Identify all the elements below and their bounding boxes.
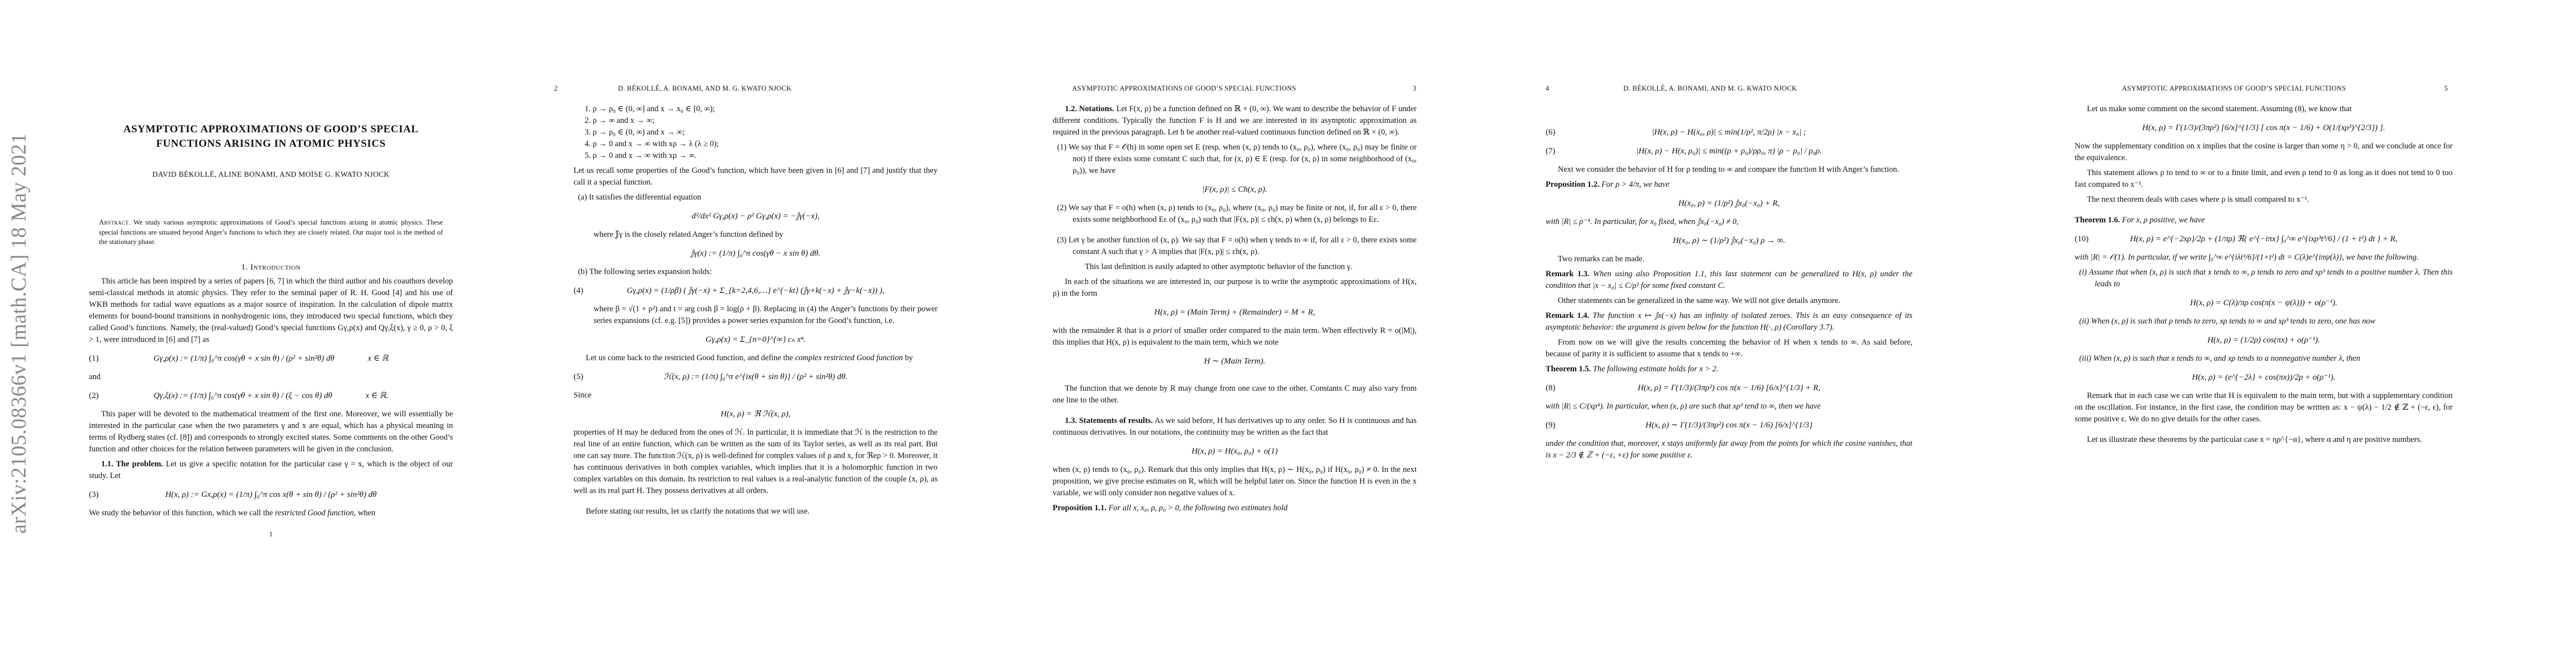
equation-equivalence: H ∼ (Main Term). (1053, 355, 1417, 367)
equation-number: (1) (89, 352, 99, 365)
equation-differential: d²/dx² Gγ,ρ(x) − ρ² Gγ,ρ(x) = −𝕁γ(−x), (574, 210, 938, 222)
paragraph: where β = √(1 + ρ²) and t = arg cosh β =… (574, 303, 938, 327)
definition-1: (1) We say that F = 𝒪(h) in some open se… (1053, 142, 1417, 177)
paragraph: Let us make some comment on the second s… (2075, 103, 2453, 115)
item-a: (a) It satisfies the differential equati… (574, 192, 938, 203)
paragraph: This statement allows ρ to tend to ∞ or … (2075, 167, 2453, 191)
list-item: 4. ρ → 0 and x → ∞ with xρ → λ (λ ≥ 0); (585, 138, 938, 150)
equation-number: (5) (574, 371, 584, 383)
list-item: 1. ρ → ρ₀ ∈ (0, ∞] and x → x₀ ∈ [0, ∞); (585, 103, 938, 115)
case-ii: (ii) When (x, ρ) is such that ρ tends to… (2075, 316, 2453, 327)
equation-8: (8)H(x, ρ) = Γ(1/3)/(3πρ²) cos π(x − 1/6… (1546, 382, 1912, 394)
equation-number: (2) (89, 390, 99, 402)
paragraph: The function that we denote by R may cha… (1053, 383, 1417, 406)
equation-number: (3) (89, 489, 99, 501)
paragraph: when (x, ρ) tends to (x₀, ρ₀). Remark th… (1053, 464, 1417, 499)
equation-body: ℋ(x, ρ) := (1/π) ∫₀^π e^{ix(θ + sin θ)} … (664, 372, 848, 381)
proposition-text: For ρ > 4/π, we have (1601, 180, 1669, 189)
emphasis: complex restricted Good function (795, 354, 903, 362)
text: , when (354, 509, 376, 517)
page-1: arXiv:2105.08366v1 [math.CA] 18 May 2021… (0, 0, 515, 667)
running-head: D. BÉKOLLÈ, A. BONAMI, AND M. G. KWATO N… (618, 84, 791, 93)
since-text: Since (574, 390, 938, 401)
equation-condition: x ∈ ℝ (368, 354, 388, 363)
limit-cases-list: 1. ρ → ρ₀ ∈ (0, ∞] and x → x₀ ∈ [0, ∞); … (574, 103, 938, 162)
arxiv-stamp: arXiv:2105.08366v1 [math.CA] 18 May 2021 (7, 133, 31, 534)
emphasis: restricted Good function (275, 509, 354, 517)
remark-1-4: Remark 1.4. The function x ↦ 𝕁x(−x) has … (1546, 310, 1912, 333)
theorem-1-5: Theorem 1.5. The following estimate hold… (1546, 364, 1912, 375)
title-line-1: ASYMPTOTIC APPROXIMATIONS OF GOOD’S SPEC… (89, 122, 453, 137)
remark-label: Remark 1.4. (1546, 311, 1590, 320)
subsection-label: 1.3. Statements of results. (1065, 416, 1153, 425)
page-4: 4 D. BÉKOLLÈ, A. BONAMI, AND M. G. KWATO… (1546, 0, 2061, 667)
proposition-1-2: Proposition 1.2. For ρ > 4/π, we have (1546, 179, 1912, 191)
paragraph: with the remainder R that is a priori of… (1053, 325, 1417, 349)
equation-number: (6) (1546, 126, 1556, 138)
remark-text: When using also Proposition 1.1, this la… (1546, 270, 1912, 290)
paragraph: The next theorem deals with cases where … (2075, 194, 2453, 206)
case-iii: (iii) When (x, ρ) is such that x tends t… (2075, 353, 2453, 365)
equation-number: (4) (574, 285, 584, 297)
equation-series: Gγ,ρ(x) = Σ_{n=0}^{∞} cₙ xⁿ. (574, 333, 938, 346)
equation-case-iii: H(x, ρ) = (e^{−2λ} + cos(πx))/2ρ + o(ρ⁻¹… (2075, 371, 2453, 384)
paragraph: Two remarks can be made. (1546, 253, 1912, 265)
case-i: (i) Assume that when (x, ρ) is such that… (2075, 267, 2453, 290)
remark-text: The function x ↦ 𝕁x(−x) has an infinity … (1546, 311, 1912, 332)
equation-4: (4)Gγ,ρ(x) = (1/ρβ) ( 𝕁γ(−x) + Σ_{k=2,4,… (574, 285, 938, 297)
section-heading: 1. Introduction (89, 263, 453, 272)
page-number: 2 (554, 84, 557, 93)
equation-anger: 𝕁γ(x) := (1/π) ∫₀^π cos(γθ − x sin θ) dθ… (574, 247, 938, 260)
theorem-text: For x, ρ positive, we have (2122, 216, 2205, 225)
running-head: D. BÉKOLLÈ, A. BONAMI, AND M. G. KWATO N… (1623, 84, 1797, 93)
equation-case-i: H(x, ρ) = C(λ)/πρ cos(π(x − ψ(λ))) + o(ρ… (2075, 297, 2453, 309)
paragraph: under the condition that, moreover, x st… (1546, 438, 1912, 461)
page-2: 2 D. BÉKOLLÈ, A. BONAMI, AND M. G. KWATO… (515, 0, 1030, 667)
page-number: 3 (1413, 84, 1416, 93)
paragraph: Let us come back to the restricted Good … (574, 352, 938, 364)
paragraph: with |R| = 𝒪(1). In particular, if we wr… (2075, 252, 2453, 263)
theorem-1-6: Theorem 1.6. For x, ρ positive, we have (2075, 215, 2453, 226)
proposition-label: Proposition 1.1. (1053, 504, 1107, 512)
paragraph: Now the supplementary condition on x imp… (2075, 141, 2453, 164)
list-item: 3. ρ → ρ₀ ∈ (0, ∞) and x → ∞; (585, 127, 938, 138)
list-item: 5. ρ → 0 and x → ∞ with xρ → ∞. (585, 150, 938, 162)
and-text: and (89, 371, 453, 383)
equation-6: (6)|H(x, ρ) − H(x₀, ρ)| ≤ min(1/ρ², π/2ρ… (1546, 126, 1912, 138)
proposition-text: For all x, x₀, ρ, ρ₀ > 0, the following … (1108, 504, 1287, 512)
equation-number: (8) (1546, 382, 1556, 394)
authors: DAVID BÉKOLLÈ, ALINE BONAMI, AND MOÏSE G… (89, 170, 453, 179)
equation-body: H(x, ρ) = e^{−2xρ}/2ρ + (1/πρ) ℜ{ e^{−iπ… (2130, 235, 2397, 243)
subsection-label: 1.1. The problem. (101, 460, 163, 469)
equation-1: (1)Gγ,ρ(x) := (1/π) ∫₀^π cos(γθ + x sin … (89, 352, 453, 365)
equation-number: (7) (1546, 145, 1556, 157)
paragraph: where 𝕁γ is the closely related Anger’s … (574, 229, 938, 241)
abstract-text: We study various asymptotic approximatio… (99, 218, 443, 246)
equation-number: (9) (1546, 419, 1556, 431)
equation-3: (3)H(x, ρ) := Gx,ρ(x) = (1/π) ∫₀^π cos x… (89, 489, 453, 501)
proposition-label: Proposition 1.2. (1546, 180, 1600, 189)
text: We study the behavior of this function, … (89, 509, 275, 517)
paragraph: Other statements can be generalized in t… (1546, 295, 1912, 307)
paragraph: This paper will be devoted to the mathem… (89, 409, 453, 455)
running-head: ASYMPTOTIC APPROXIMATIONS OF GOOD’S SPEC… (1072, 84, 1296, 93)
equation-prop-1-2a: H(x₀, ρ) = (1/ρ²) 𝕁x₀(−x₀) + R, (1546, 197, 1912, 210)
running-head: ASYMPTOTIC APPROXIMATIONS OF GOOD’S SPEC… (2122, 84, 2346, 93)
statements-paragraph: 1.3. Statements of results. As we said b… (1053, 415, 1417, 439)
equation-condition: x ∈ ℝ. (366, 391, 388, 400)
equation-2: (2)Qγ,ξ(x) := (1/π) ∫₀^π cos(γθ + x sin … (89, 390, 453, 402)
equation-continuity: H(x, ρ) = H(x₀, ρ₀) + o(1) (1053, 445, 1417, 457)
paragraph: This last definition is easily adapted t… (1053, 261, 1417, 273)
theorem-text: The following estimate holds for x > 2. (1593, 365, 1718, 374)
page-number: 4 (1546, 84, 1549, 93)
remark-label: Remark 1.3. (1546, 270, 1590, 278)
equation-body: Gγ,ρ(x) = (1/ρβ) ( 𝕁γ(−x) + Σ_{k=2,4,6,…… (627, 286, 884, 295)
paragraph: Before stating our results, let us clari… (574, 506, 938, 517)
title-line-2: FUNCTIONS ARISING IN ATOMIC PHYSICS (89, 137, 453, 151)
page-5: ASYMPTOTIC APPROXIMATIONS OF GOOD’S SPEC… (2061, 0, 2576, 667)
paragraph: We study the behavior of this function, … (89, 507, 453, 519)
text: by (903, 354, 913, 362)
paragraph: From now on we will give the results con… (1546, 337, 1912, 360)
equation-bound: |F(x, ρ)| ≤ Ch(x, ρ). (1053, 183, 1417, 196)
definition-3: (3) Let γ be another function of (x, ρ).… (1053, 235, 1417, 258)
page-3: ASYMPTOTIC APPROXIMATIONS OF GOOD’S SPEC… (1030, 0, 1546, 667)
page-number: 5 (2444, 84, 2448, 93)
theorem-label: Theorem 1.6. (2075, 216, 2120, 225)
equation-case-ii: H(x, ρ) = (1/2ρ) cos(πx) + o(ρ⁻¹). (2075, 334, 2453, 346)
abstract: Abstract. We study various asymptotic ap… (99, 218, 443, 247)
definition-2: (2) We say that F = o(h) when (x, ρ) ten… (1053, 202, 1417, 226)
intro-paragraph: This article has been inspired by a seri… (89, 276, 453, 346)
equation-9: (9)H(x, ρ) ∼ Γ(1/3)/(3πρ²) cos π(x − 1/6… (1546, 419, 1912, 431)
paragraph: Let us recall some properties of the Goo… (574, 165, 938, 188)
equation-body: Qγ,ξ(x) := (1/π) ∫₀^π cos(γθ + x sin θ) … (153, 391, 332, 400)
equation-body: H(x, ρ) := Gx,ρ(x) = (1/π) ∫₀^π cos x(θ … (165, 490, 376, 499)
remark-1-3: Remark 1.3. When using also Proposition … (1546, 268, 1912, 292)
item-b: (b) The following series expansion holds… (574, 266, 938, 278)
equation-comment: H(x, ρ) = Γ(1/3)/(3πρ²) [6/x]^{1/3} [ co… (2075, 122, 2453, 134)
equation-body: H(x, ρ) ∼ Γ(1/3)/(3πρ²) cos π(x − 1/6) [… (1646, 421, 1813, 430)
document-viewer: arXiv:2105.08366v1 [math.CA] 18 May 2021… (0, 0, 2576, 667)
paragraph: with |R| ≤ ρ⁻⁴. In particular, for x₀ fi… (1546, 216, 1912, 228)
equation-number: (10) (2075, 233, 2089, 245)
subsection-label: 1.2. Notations. (1065, 104, 1114, 113)
paragraph: Remark that in each case we can write th… (2075, 390, 2453, 425)
text: Let us come back to the restricted Good … (586, 354, 795, 362)
paragraph: with |R| ≤ C/(xρ⁴). In particular, when … (1546, 401, 1912, 412)
equation-body: |H(x, ρ) − H(x₀, ρ)| ≤ min(1/ρ², π/2ρ) |… (1652, 128, 1806, 137)
equation-body: Gγ,ρ(x) := (1/π) ∫₀^π cos(γθ + x sin θ) … (153, 354, 335, 363)
subsection-problem: 1.1. The problem. Let us give a specific… (89, 459, 453, 482)
text: with the remainder R that is (1053, 326, 1147, 335)
equation-main-term: H(x, ρ) = (Main Term) + (Remainder) = M … (1053, 306, 1417, 318)
notations-paragraph: 1.2. Notations. Let F(x, ρ) be a functio… (1053, 103, 1417, 138)
paragraph: properties of H may be deduced from the … (574, 427, 938, 497)
paragraph: In each of the situations we are interes… (1053, 276, 1417, 300)
proposition-1-1: Proposition 1.1. For all x, x₀, ρ, ρ₀ > … (1053, 502, 1417, 514)
page-footer-number: 1 (89, 530, 453, 539)
emphasis: a priori (1147, 326, 1172, 335)
equation-body: |H(x, ρ) − H(x, ρ₀)| ≤ min((ρ + ρ₀)/ρρ₀,… (1636, 147, 1822, 156)
paragraph: Let us illustrate these theorems by the … (2075, 434, 2453, 446)
equation-real-part: H(x, ρ) = ℜ ℋ(x, ρ), (574, 408, 938, 420)
theorem-label: Theorem 1.5. (1546, 365, 1591, 374)
equation-body: H(x, ρ) = Γ(1/3)/(3πρ²) cos π(x − 1/6) [… (1638, 384, 1821, 392)
abstract-label: Abstract. (99, 218, 131, 226)
equation-5: (5)ℋ(x, ρ) := (1/π) ∫₀^π e^{ix(θ + sin θ… (574, 371, 938, 383)
paragraph: Next we consider the behavior of H for ρ… (1546, 164, 1912, 176)
equation-7: (7)|H(x, ρ) − H(x, ρ₀)| ≤ min((ρ + ρ₀)/ρ… (1546, 145, 1912, 157)
paper-title: ASYMPTOTIC APPROXIMATIONS OF GOOD’S SPEC… (89, 122, 453, 151)
equation-prop-1-2b: H(x₀, ρ) ∼ (1/ρ²) 𝕁x₀(−x₀) ρ → ∞. (1546, 235, 1912, 247)
equation-10: (10)H(x, ρ) = e^{−2xρ}/2ρ + (1/πρ) ℜ{ e^… (2075, 233, 2453, 245)
list-item: 2. ρ → ∞ and x → ∞; (585, 115, 938, 127)
